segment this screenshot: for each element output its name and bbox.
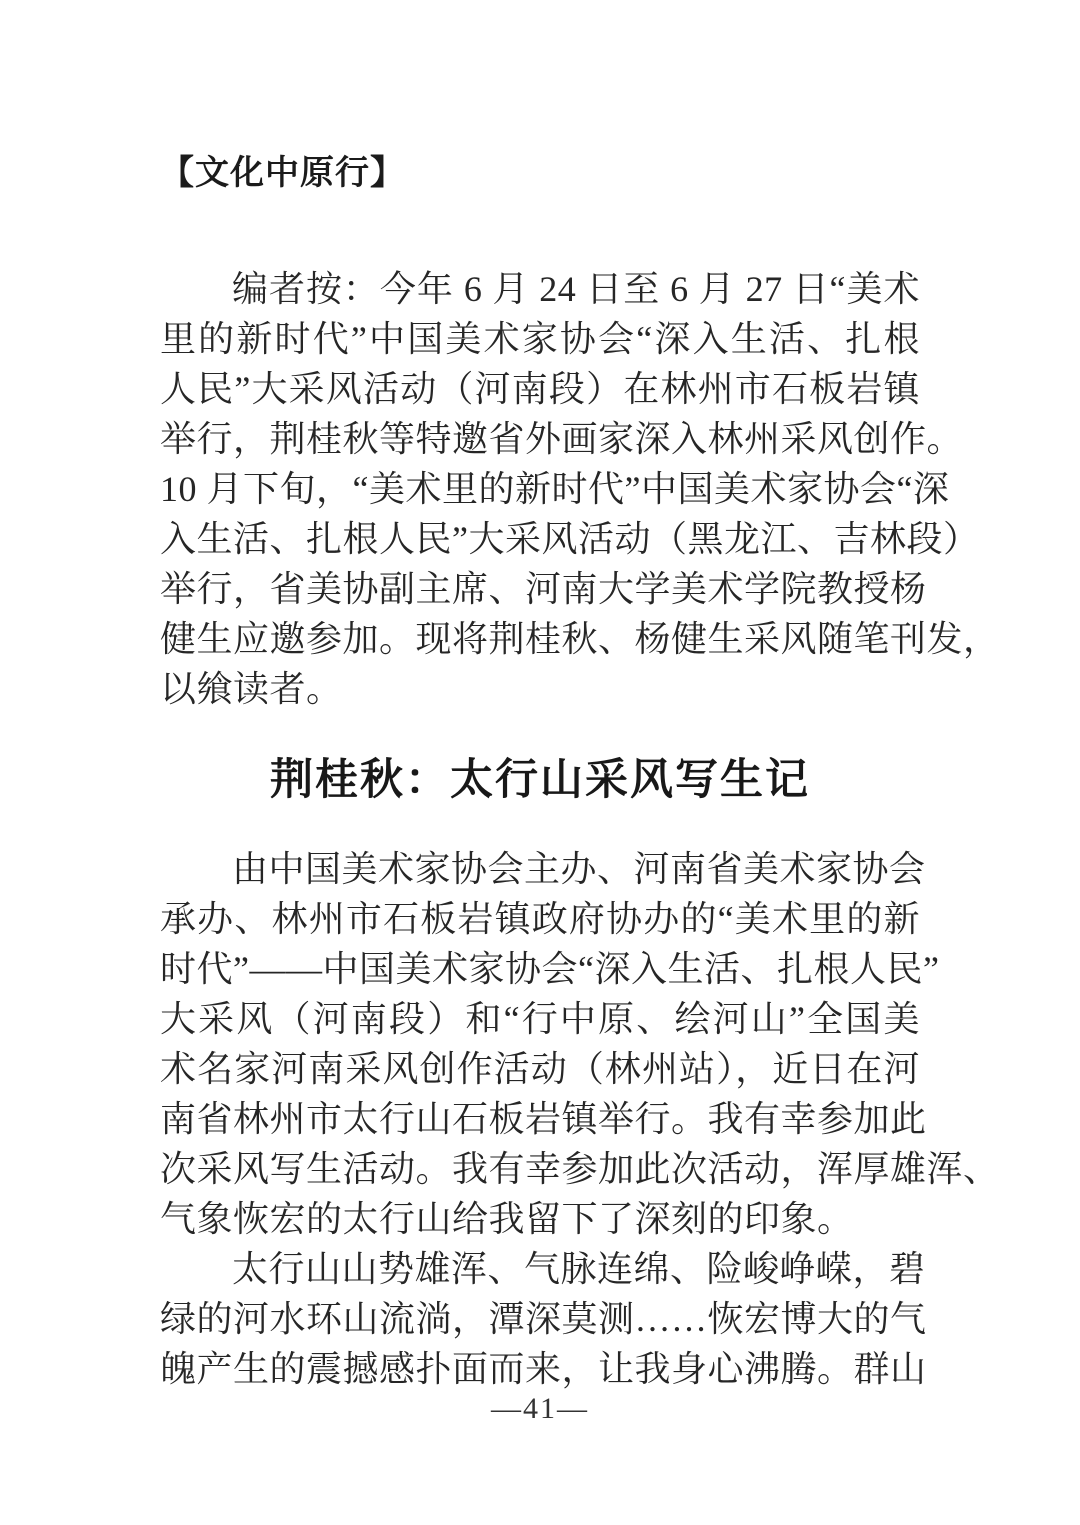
text-line: 承办、林州市石板岩镇政府协办的“美术里的新 bbox=[160, 894, 920, 944]
text-line: 时代”——中国美术家协会“深入生活、扎根人民” bbox=[160, 944, 920, 994]
text-line: 10 月下旬，“美术里的新时代”中国美术家协会“深 bbox=[160, 464, 920, 514]
text-line: 以飨读者。 bbox=[160, 664, 920, 714]
text-line: 人民”大采风活动（河南段）在林州市石板岩镇 bbox=[160, 364, 920, 414]
text-line: 南省林州市太行山石板岩镇举行。我有幸参加此 bbox=[160, 1094, 920, 1144]
text-line: 大采风（河南段）和“行中原、绘河山”全国美 bbox=[160, 994, 920, 1044]
document-page: 【文化中原行】 编者按：今年 6 月 24 日至 6 月 27 日“美术里的新时… bbox=[0, 0, 1080, 1525]
page-number: —41— bbox=[0, 1392, 1080, 1426]
section-label: 【文化中原行】 bbox=[160, 150, 920, 196]
text-line: 健生应邀参加。现将荆桂秋、杨健生采风随笔刊发， bbox=[160, 614, 920, 664]
text-line: 气象恢宏的太行山给我留下了深刻的印象。 bbox=[160, 1194, 920, 1244]
article-paragraph: 由中国美术家协会主办、河南省美术家协会承办、林州市石板岩镇政府协办的“美术里的新… bbox=[160, 844, 920, 1244]
text-line: 次采风写生活动。我有幸参加此次活动，浑厚雄浑、 bbox=[160, 1144, 920, 1194]
editor-note: 编者按：今年 6 月 24 日至 6 月 27 日“美术里的新时代”中国美术家协… bbox=[160, 264, 920, 714]
text-line: 编者按：今年 6 月 24 日至 6 月 27 日“美术 bbox=[160, 264, 920, 314]
text-line: 举行，荆桂秋等特邀省外画家深入林州采风创作。 bbox=[160, 414, 920, 464]
text-line: 魄产生的震撼感扑面而来，让我身心沸腾。群山 bbox=[160, 1344, 920, 1394]
article-title: 荆桂秋：太行山采风写生记 bbox=[160, 752, 920, 810]
article-body: 由中国美术家协会主办、河南省美术家协会承办、林州市石板岩镇政府协办的“美术里的新… bbox=[160, 844, 920, 1394]
text-line: 绿的河水环山流淌，潭深莫测……恢宏博大的气 bbox=[160, 1294, 920, 1344]
text-line: 太行山山势雄浑、气脉连绵、险峻峥嵘，碧 bbox=[160, 1244, 920, 1294]
text-line: 举行，省美协副主席、河南大学美术学院教授杨 bbox=[160, 564, 920, 614]
text-line: 里的新时代”中国美术家协会“深入生活、扎根 bbox=[160, 314, 920, 364]
article-paragraph: 太行山山势雄浑、气脉连绵、险峻峥嵘，碧绿的河水环山流淌，潭深莫测……恢宏博大的气… bbox=[160, 1244, 920, 1394]
text-line: 入生活、扎根人民”大采风活动（黑龙江、吉林段） bbox=[160, 514, 920, 564]
text-line: 由中国美术家协会主办、河南省美术家协会 bbox=[160, 844, 920, 894]
text-line: 术名家河南采风创作活动（林州站），近日在河 bbox=[160, 1044, 920, 1094]
